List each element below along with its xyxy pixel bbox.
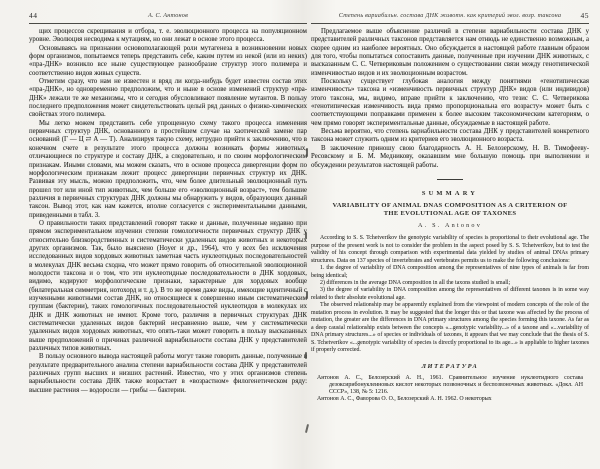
scan-artifact (306, 291, 308, 299)
paragraph: Отметим сразу, что нам не известен и вря… (29, 78, 307, 120)
running-head-right: Степень вариабильн. состава ДНК животн. … (311, 10, 589, 24)
paragraph: Предлагаемое выше объяснение различий в … (311, 28, 589, 78)
section-divider-rule (437, 179, 463, 180)
literature-section: ЛИТЕРАТУРА Антонов А. С., Белозерский А.… (311, 363, 589, 404)
summary-author: A. S. Antonov (311, 222, 589, 229)
literature-heading: ЛИТЕРАТУРА (311, 363, 589, 370)
summary-body: According to S. S. Tchetverikov the geno… (311, 235, 589, 354)
page-number-right: 45 (581, 11, 590, 20)
scan-artifact (305, 424, 309, 433)
reference-item: Антонов А. С., Фаворова О. О., Белозерск… (317, 396, 583, 403)
summary-title: VARIABILITY OF ANIMAL DNAS COMPOSITION A… (325, 202, 575, 218)
summary-conclusion-3: 3) the degree of variability in DNA comp… (311, 287, 589, 302)
reference-item: Антонов А. С., Белозерский А. Н., 1961. … (317, 375, 583, 397)
running-head-left: 44 А. С. Антонов (29, 10, 307, 24)
scan-artifact (306, 148, 308, 157)
paragraph: В заключение приношу свою благодарность … (311, 145, 589, 170)
scan-artifact (305, 352, 307, 359)
paragraph: Мы легко можем представить себе упрощенн… (29, 120, 307, 220)
running-header-right: Степень вариабильн. состава ДНК животн. … (311, 12, 589, 19)
page-left: 44 А. С. Антонов щих процессов скрещиван… (29, 10, 307, 462)
paragraph: щих процессов скрещивания и отбора, т. е… (29, 28, 307, 45)
literature-references: Антонов А. С., Белозерский А. Н., 1961. … (311, 375, 589, 404)
summary-conclusion-1: 1. the degree of variability of DNA comp… (311, 265, 589, 280)
paragraph: В пользу основного вывода настоящей рабо… (29, 353, 307, 395)
book-spread: 44 А. С. Антонов щих процессов скрещиван… (0, 0, 600, 469)
right-page-body: Предлагаемое выше объяснение различий в … (311, 28, 589, 170)
summary-section: SUMMARY VARIABILITY OF ANIMAL DNAS COMPO… (311, 190, 589, 355)
summary-paragraph: According to S. S. Tchetverikov the geno… (311, 235, 589, 265)
paragraph: Основываясь на признании основополагающе… (29, 45, 307, 78)
summary-paragraph: The observed relationship may be apparen… (311, 302, 589, 354)
running-header-left: А. С. Антонов (29, 12, 307, 19)
paragraph: Поскольку существует глубокая аналогия м… (311, 78, 589, 128)
scan-artifact (305, 232, 307, 239)
page-right: Степень вариабильн. состава ДНК животн. … (311, 10, 589, 462)
left-page-body: щих процессов скрещивания и отбора, т. е… (29, 28, 307, 395)
paragraph: Весьма вероятно, что степень вариабильно… (311, 128, 589, 145)
paragraph: О правильности таких представлений говор… (29, 220, 307, 354)
summary-heading: SUMMARY (311, 190, 589, 197)
